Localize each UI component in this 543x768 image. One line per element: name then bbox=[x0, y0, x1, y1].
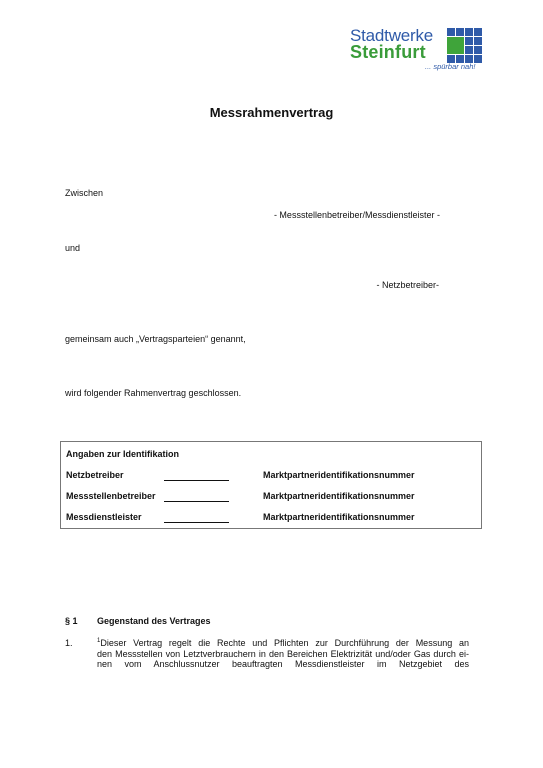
company-logo: Stadtwerke Steinfurt ... spürbar nah! bbox=[350, 26, 490, 76]
identification-heading: Angaben zur Identifikation bbox=[66, 449, 179, 459]
document-title: Messrahmenvertrag bbox=[0, 105, 543, 120]
id-row-mpid-label: Marktpartneridentifikationsnummer bbox=[263, 512, 415, 522]
party2-role: - Netzbetreiber- bbox=[376, 280, 439, 290]
id-row-label: Messstellenbetreiber bbox=[66, 491, 156, 501]
concluded-text: wird folgender Rahmenvertrag geschlossen… bbox=[65, 388, 241, 398]
between-label: Zwischen bbox=[65, 188, 103, 198]
id-row-label: Netzbetreiber bbox=[66, 470, 124, 480]
id-row-label: Messdienstleister bbox=[66, 512, 142, 522]
identification-box: Angaben zur Identifikation Netzbetreiber… bbox=[60, 441, 482, 529]
paragraph-line: nen vom Anschlussnutzer beauftragten Mes… bbox=[97, 659, 469, 670]
paragraph-line: den Messstellen von Letztverbrauchern in… bbox=[97, 649, 469, 660]
netzbetreiber-blank-field[interactable] bbox=[164, 480, 229, 481]
section-number: § 1 bbox=[65, 616, 78, 626]
logo-text-steinfurt: Steinfurt bbox=[350, 42, 426, 63]
and-label: und bbox=[65, 243, 80, 253]
section-title: Gegenstand des Vertrages bbox=[97, 616, 211, 626]
jointly-text: gemeinsam auch „Vertragsparteien“ genann… bbox=[65, 334, 246, 344]
section1-paragraph: 1Dieser Vertrag regelt die Rechte und Pf… bbox=[97, 638, 469, 670]
item-number: 1. bbox=[65, 638, 73, 648]
id-row-mpid-label: Marktpartneridentifikationsnummer bbox=[263, 491, 415, 501]
messdienstleister-blank-field[interactable] bbox=[164, 522, 229, 523]
paragraph-line: 1Dieser Vertrag regelt die Rechte und Pf… bbox=[97, 638, 469, 649]
id-row-mpid-label: Marktpartneridentifikationsnummer bbox=[263, 470, 415, 480]
logo-squares-icon bbox=[447, 28, 483, 64]
party1-role: - Messstellenbetreiber/Messdienstleister… bbox=[274, 210, 440, 220]
messstellenbetreiber-blank-field[interactable] bbox=[164, 501, 229, 502]
